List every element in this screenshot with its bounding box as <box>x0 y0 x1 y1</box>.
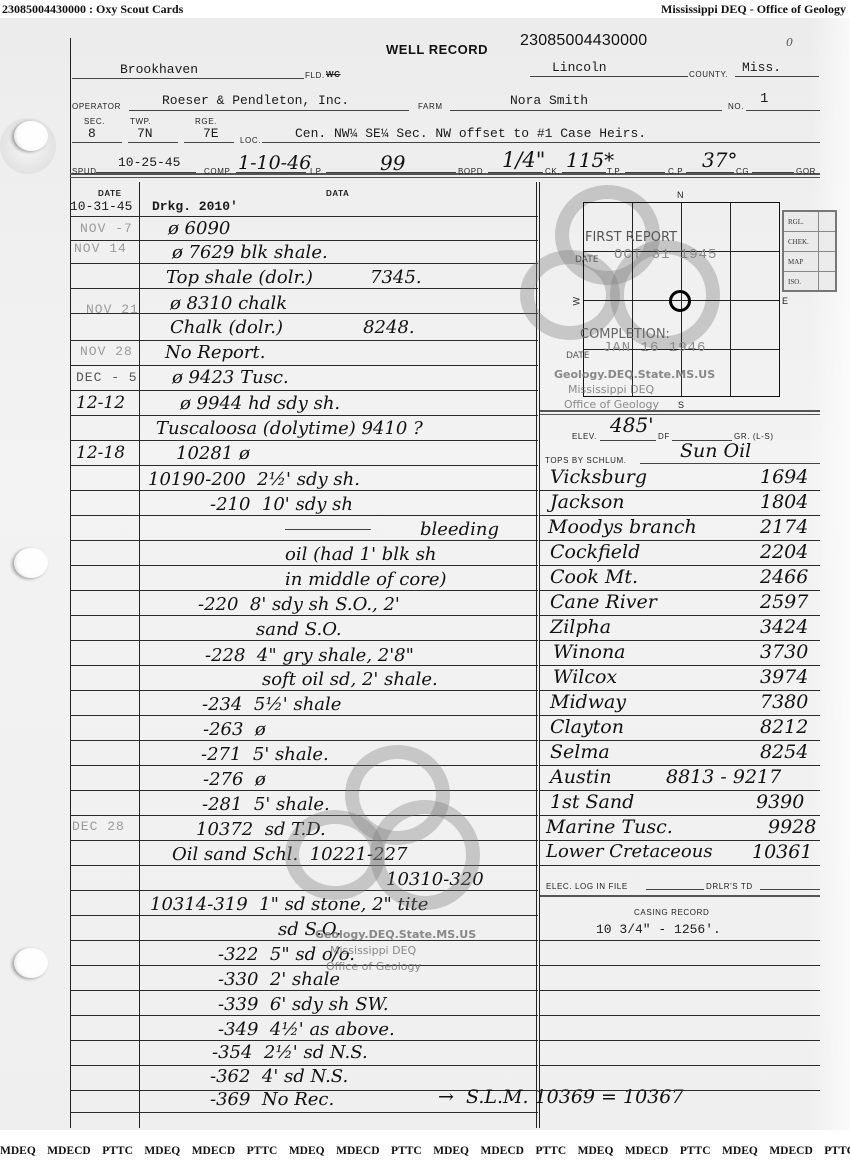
twp-value: 7N <box>137 126 153 141</box>
log-date-stamp: DEC 28 <box>72 819 125 834</box>
footer-item: MDECD <box>47 1145 90 1157</box>
number-underline <box>746 110 820 111</box>
log-rule <box>70 615 538 616</box>
footer-item: MDECD <box>336 1145 379 1157</box>
elev-label: ELEV. <box>572 432 597 441</box>
top-formation-depth: 3730 <box>760 641 808 663</box>
data-column-header: DATA <box>326 189 349 198</box>
casing-divider <box>540 895 820 897</box>
log-entry: -369 No Rec. <box>210 1089 334 1110</box>
top-formation-depth: 3424 <box>760 616 808 638</box>
comp-underline <box>236 172 306 173</box>
cp-label: C.P. <box>668 167 685 176</box>
log-entry: ø 9944 hd sdy sh. <box>180 393 340 414</box>
operator-value: Roeser & Pendleton, Inc. <box>162 93 349 108</box>
log-entry: oil (had 1' blk sh <box>285 544 437 565</box>
casing-rule <box>540 1065 820 1066</box>
log-entry: -220 8' sdy sh S.O., 2' <box>198 594 400 615</box>
log-rule <box>70 815 538 816</box>
top-formation-depth: 2174 <box>760 516 808 538</box>
top-formation-depth: 9390 <box>756 791 804 813</box>
log-entry: No Report. <box>165 342 265 363</box>
drlr-td-label: DRLR'S TD <box>706 882 753 891</box>
header-bar: 23085004430000 : Oxy Scout Cards Mississ… <box>0 0 850 18</box>
top-formation-depth: 1804 <box>760 491 808 513</box>
map-south-label: S <box>678 400 685 410</box>
binder-hole-icon <box>14 121 48 151</box>
elev-value: 485' <box>610 413 654 437</box>
field-label: FLD. <box>305 71 325 80</box>
log-rule <box>70 465 538 466</box>
top-formation-depth: 10361 <box>752 841 812 863</box>
review-stamp-box: RGL. CHEK. MAP ISO. <box>782 210 837 292</box>
top-formation-name: Winona <box>553 641 626 663</box>
footer-item: PTTC <box>391 1145 422 1157</box>
log-entry: ø 7629 blk shale. <box>172 242 328 263</box>
casing-value: 10 3/4" - 1256'. <box>596 922 721 937</box>
log-rule <box>70 915 538 916</box>
card-title: WELL RECORD <box>386 42 488 57</box>
log-entry-struck <box>285 519 371 540</box>
log-rule <box>70 965 538 966</box>
farm-underline <box>450 110 722 111</box>
log-entry: -234 5½' shale <box>202 694 341 715</box>
log-rule <box>70 490 538 491</box>
rge-value: 7E <box>203 126 219 141</box>
top-formation-depth: 1694 <box>760 466 808 488</box>
first-report-date-label: DATE <box>575 255 598 265</box>
stamp-cell-rgl: RGL. <box>784 212 835 232</box>
cg-label: CG <box>736 167 749 176</box>
log-rule <box>70 340 538 341</box>
footer-bar: MDEQMDECDPTTCMDEQMDECDPTTCMDEQMDECDPTTCM… <box>0 1142 850 1160</box>
top-formation-depth: 8254 <box>760 741 808 763</box>
stamp-cell-map: MAP <box>784 252 835 272</box>
date-column-divider <box>139 182 140 1128</box>
map-west-label: W <box>572 296 582 305</box>
header-divider-2 <box>70 177 820 178</box>
top-formation-name: Wilcox <box>553 666 617 688</box>
operator-label: OPERATOR <box>72 102 121 111</box>
county-underline <box>530 76 688 77</box>
log-rule <box>70 990 538 991</box>
cp-value: 37° <box>702 148 737 172</box>
log-entry: 10281 ø <box>176 443 250 464</box>
tops-rule <box>540 865 820 866</box>
log-rule <box>70 690 538 691</box>
log-date-stamp: NOV 28 <box>80 344 133 359</box>
log-rule <box>70 440 538 441</box>
footer-item: MDECD <box>192 1145 235 1157</box>
log-rule <box>70 740 538 741</box>
footer-item: MDEQ <box>578 1145 614 1157</box>
watermark-url: Geology.DEQ.State.MS.US <box>554 368 715 381</box>
top-formation-name: Cane River <box>550 591 657 613</box>
top-formation-name: Clayton <box>550 716 624 738</box>
casing-rule <box>540 990 820 991</box>
log-rule <box>70 288 538 289</box>
elec-log-label: ELEC. LOG IN FILE <box>546 882 628 891</box>
log-rule <box>70 216 538 217</box>
corner-mark: 0 <box>786 36 793 49</box>
log-rule <box>70 1040 538 1041</box>
field-label-strike: WC <box>326 70 341 79</box>
tp-label: T.P. <box>607 167 622 176</box>
log-entry: in middle of core) <box>285 569 447 590</box>
top-formation-name: Selma <box>550 741 610 763</box>
top-formation-depth: 9928 <box>768 816 816 838</box>
top-formation-name: Jackson <box>550 491 625 513</box>
log-entry: -349 4½' as above. <box>218 1019 395 1040</box>
watermark-agency: Mississippi DEQ <box>330 944 416 957</box>
log-entry: bleeding <box>420 519 499 540</box>
top-formation-depth: 8212 <box>760 716 808 738</box>
farm-label: FARM <box>418 102 443 111</box>
top-formation-name: Cockfield <box>550 541 640 563</box>
log-entry: ø 6090 <box>168 218 230 239</box>
field-value: Brookhaven <box>120 62 198 77</box>
well-location-marker-icon <box>669 290 691 312</box>
cp-underline <box>686 172 734 173</box>
drlr-td-underline <box>760 889 820 890</box>
top-formation-name: Vicksburg <box>550 466 647 488</box>
log-rule <box>70 790 538 791</box>
log-entry: ø 8310 chalk <box>170 293 287 314</box>
map-bottom-divider <box>540 410 820 412</box>
top-formation-depth: 2466 <box>760 566 808 588</box>
log-entry: sand S.O. <box>256 619 342 640</box>
sec-underline <box>72 142 122 143</box>
log-date-stamp: DEC - 5 <box>76 370 138 385</box>
log-entry: -263 ø <box>203 719 266 740</box>
loc-label: LOC. <box>240 136 261 145</box>
cg-underline <box>752 172 794 173</box>
log-date-stamp: NOV 21 <box>86 302 139 317</box>
footer-item: PTTC <box>247 1145 278 1157</box>
log-entry: Tuscaloosa (dolytime) 9410 ? <box>156 418 423 439</box>
number-label: NO. <box>728 102 744 111</box>
twp-underline <box>128 142 178 143</box>
log-rule <box>70 590 538 591</box>
loc-underline <box>262 142 820 143</box>
top-formation-name: 1st Sand <box>550 791 634 813</box>
footer-item: MDEQ <box>0 1145 36 1157</box>
sec-label: SEC. <box>84 117 105 126</box>
log-rule <box>70 1112 538 1113</box>
log-entry: 10314-319 1" sd stone, 2" tite <box>150 894 428 915</box>
footer-item: PTTC <box>102 1145 133 1157</box>
api-number: 23085004430000 <box>520 32 647 50</box>
bopd-label: BOPD <box>458 167 483 176</box>
footer-item: MDECD <box>769 1145 812 1157</box>
top-formation-name: Zilpha <box>550 616 611 638</box>
log-rule <box>70 715 538 716</box>
log-entry: Top shale (dolr.) 7345. <box>166 267 422 288</box>
log-rule <box>70 1015 538 1016</box>
twp-label: TWP. <box>130 117 151 126</box>
top-formation-name: Midway <box>550 691 626 713</box>
completion-date-label: DATE <box>566 351 589 361</box>
gor-label: GOR <box>796 167 816 176</box>
top-formation-name: Lower Cretaceous <box>546 841 713 862</box>
log-date-stamp: NOV 14 <box>74 241 127 256</box>
log-entry: -281 5' shale. <box>202 794 330 815</box>
watermark-agency: Mississippi DEQ <box>568 383 654 396</box>
watermark-logo-icon <box>370 800 480 910</box>
stamp-cell-iso: ISO. <box>784 272 835 292</box>
top-formation-depth: 7380 <box>760 691 808 713</box>
header-divider <box>70 173 820 175</box>
top-formation-depth: 3974 <box>760 666 808 688</box>
county-label: COUNTY. <box>689 70 728 79</box>
tp-underline <box>625 172 665 173</box>
bopd-value: 1/4" <box>502 148 545 172</box>
log-date-stamp: NOV -7 <box>80 221 133 236</box>
log-rule <box>70 263 538 264</box>
log-entry: -210 10' sdy sh <box>210 494 353 515</box>
ck-underline <box>562 172 606 173</box>
map-bottom-divider-2 <box>540 414 820 415</box>
map-north-label: N <box>677 190 684 200</box>
document-id-title: 23085004430000 : Oxy Scout Cards <box>2 0 183 18</box>
top-formation-name: Austin <box>550 766 612 788</box>
log-entry: -354 2½' sd N.S. <box>212 1042 368 1063</box>
field-underline <box>72 78 304 79</box>
footer-item: MDECD <box>625 1145 668 1157</box>
casing-rule <box>540 1090 820 1091</box>
footer-item: MDEQ <box>722 1145 758 1157</box>
log-entry: -271 5' shale. <box>201 744 329 765</box>
casing-rule <box>540 965 820 966</box>
top-formation-depth: 2204 <box>760 541 808 563</box>
log-entry: soft oil sd, 2' shale. <box>262 669 438 690</box>
spud-value: 10-25-45 <box>118 155 180 170</box>
log-entry: Drkg. 2010' <box>152 199 238 214</box>
log-rule <box>70 540 538 541</box>
log-rule <box>70 565 538 566</box>
binder-hole-icon <box>14 948 48 978</box>
footer-item: PTTC <box>680 1145 711 1157</box>
ip-label: I.P. <box>310 167 323 176</box>
df-label: DF <box>658 432 670 441</box>
footer-item: PTTC <box>824 1145 850 1157</box>
footer-item: MDEQ <box>289 1145 325 1157</box>
top-formation-name: Cook Mt. <box>550 566 638 588</box>
casing-rule <box>540 940 820 941</box>
log-rule <box>70 365 538 366</box>
binder-hole-icon <box>14 548 48 578</box>
watermark-office: Office of Geology <box>326 960 421 973</box>
elec-log-underline <box>646 889 704 890</box>
log-entry: -339 6' sdy sh SW. <box>218 994 389 1015</box>
tops-label: TOPS BY SCHLUM. <box>545 456 627 465</box>
state-underline <box>735 76 819 77</box>
log-rule <box>70 313 538 314</box>
date-column-header: DATE <box>98 189 122 198</box>
casing-label: CASING RECORD <box>634 908 709 917</box>
casing-rule <box>540 1015 820 1016</box>
footer-item: MDECD <box>481 1145 524 1157</box>
comp-label: COMP. <box>204 167 232 176</box>
footer-item: PTTC <box>535 1145 566 1157</box>
ck-label: CK. <box>545 167 560 176</box>
log-entry: 10190-200 2½' sdy sh. <box>148 469 360 490</box>
footer-item: MDEQ <box>144 1145 180 1157</box>
log-rule <box>70 415 538 416</box>
log-rule <box>70 515 538 516</box>
log-date-hand: 12-12 <box>76 393 125 413</box>
state-value: Miss. <box>742 60 781 75</box>
map-east-label: E <box>782 296 789 306</box>
tops-source: Sun Oil <box>680 440 751 462</box>
log-entry: ø 9423 Tusc. <box>172 367 289 388</box>
log-rule <box>70 390 538 391</box>
county-value: Lincoln <box>552 60 607 75</box>
top-formation-depth: 2597 <box>760 591 808 613</box>
first-report-label: FIRST REPORT <box>585 230 677 245</box>
number-value: 1 <box>760 91 768 107</box>
ip-underline <box>326 172 456 173</box>
top-formation-depth: 8813 - 9217 <box>666 766 781 788</box>
stamp-cell-chek: CHEK. <box>784 232 835 252</box>
loc-value: Cen. NW¼ SE¼ Sec. NW offset to #1 Case H… <box>295 126 646 141</box>
log-entry: -362 4' sd N.S. <box>210 1066 348 1087</box>
log-entry: -276 ø <box>203 769 266 790</box>
spud-underline <box>96 172 196 173</box>
elev-underline <box>600 440 656 441</box>
footer-item: MDEQ <box>433 1145 469 1157</box>
rge-label: RGE. <box>195 117 217 126</box>
log-rule <box>70 640 538 641</box>
spud-label: SPUD <box>72 167 97 176</box>
bopd-underline <box>488 172 543 173</box>
top-formation-name: Moodys branch <box>548 516 697 538</box>
rge-underline <box>184 142 234 143</box>
log-date-hand: 12-18 <box>76 443 125 463</box>
watermark-url: Geology.DEQ.State.MS.US <box>315 928 476 941</box>
casing-rule <box>540 1040 820 1041</box>
first-report-date: OCT 31 1945 <box>614 247 717 263</box>
farm-value: Nora Smith <box>510 93 588 108</box>
log-date: 10-31-45 <box>70 199 132 214</box>
completion-date: JAN 16 1946 <box>603 340 706 356</box>
top-formation-name: Marine Tusc. <box>546 816 673 838</box>
tops-source-underline <box>640 463 820 464</box>
log-entry: -228 4" gry shale, 2'8" <box>205 645 414 666</box>
log-entry: -330 2' shale <box>218 969 340 990</box>
comp-value: 1-10-46 <box>238 152 311 174</box>
operator-underline <box>129 110 409 111</box>
log-rule <box>70 765 538 766</box>
log-rule <box>70 240 538 241</box>
sec-value: 8 <box>88 126 96 141</box>
log-entry: Chalk (dolr.) 8248. <box>170 317 415 338</box>
agency-title: Mississippi DEQ - Office of Geology <box>661 0 846 18</box>
